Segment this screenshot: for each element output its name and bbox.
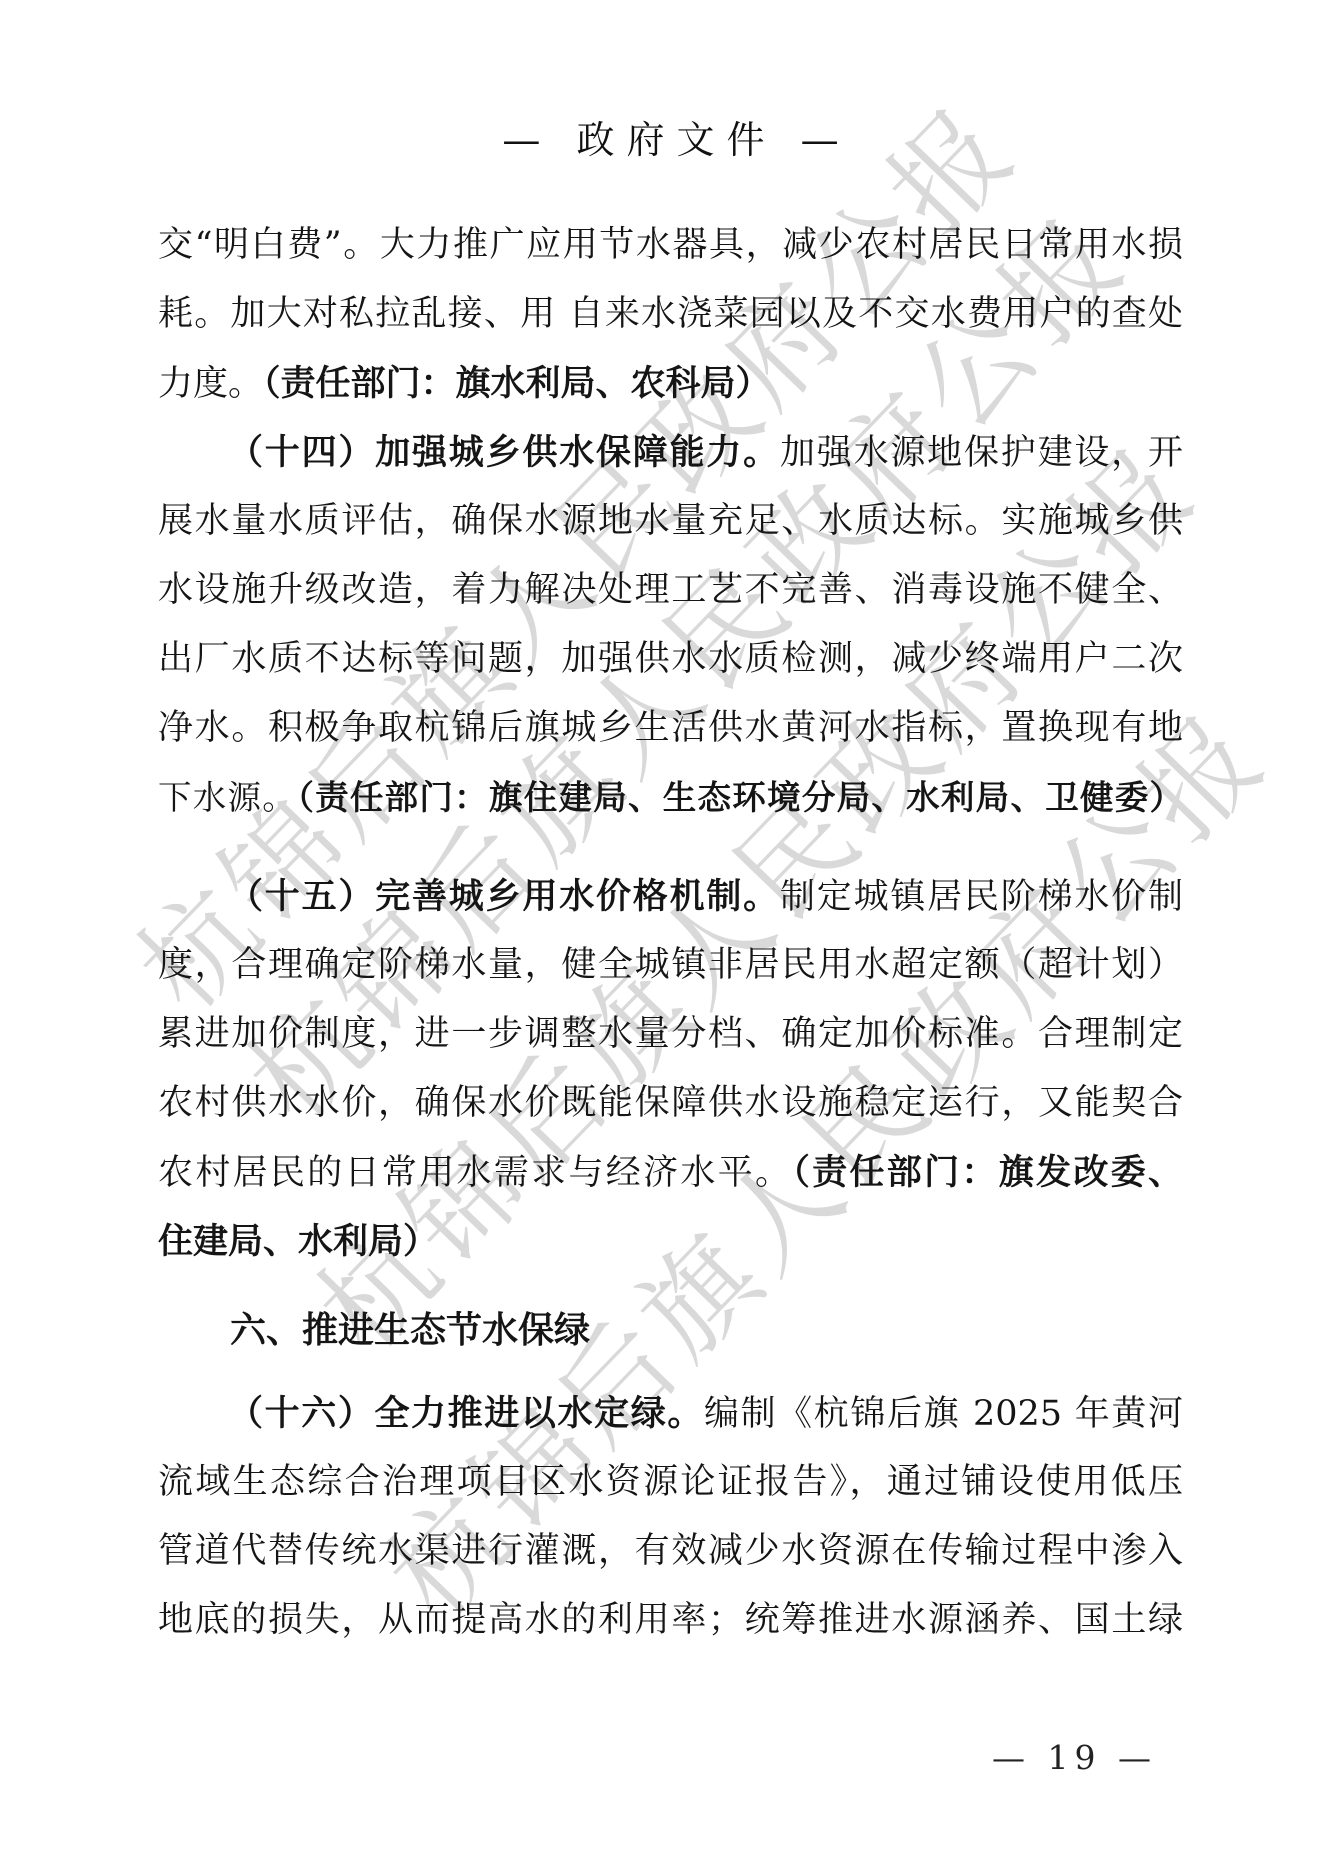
text-line: 下水源。（责任部门：旗住建局、生态环境分局、水利局、卫健委） [158, 763, 1183, 832]
text-line: 农村供水水价，确保水价既能保障供水设施稳定运行，又能契合 [158, 1069, 1183, 1138]
text-segment: 编制《杭锦后旗 2025 年黄河 [704, 1394, 1183, 1434]
text-segment: 净水。积极争取杭锦后旗城乡生活供水黄河水指标，置换现有地 [158, 708, 1183, 748]
bold-text-segment: （责任部门：旗住建局、生态环境分局、水利局、卫健委） [297, 778, 1183, 817]
text-line: 度，合理确定阶梯水量，健全城镇非居民用水超定额（超计划） [158, 931, 1183, 1000]
text-segment: 累进加价制度，进一步调整水量分档、确定加价标准。合理制定 [158, 1014, 1183, 1054]
page-number: — 19 — [992, 1736, 1157, 1780]
text-line: 展水量水质评估，确保水源地水量充足、水质达标。实施城乡供 [158, 487, 1183, 556]
text-segment: 管道代替传统水渠进行灌溉，有效减少水资源在传输过程中渗入 [158, 1531, 1183, 1571]
text-line: 耗。加大对私拉乱接、用 自来水浇菜园以及不交水费用户的查处 [158, 280, 1183, 349]
text-segment: 水设施升级改造，着力解决处理工艺不完善、消毒设施不健全、 [158, 570, 1183, 610]
document-page: 杭锦后旗人民政府公报杭锦后旗人民政府公报杭锦后旗人民政府公报杭锦后旗人民政府公报… [0, 0, 1323, 1871]
bold-text-segment: （责任部门：旗水利局、农科局） [263, 363, 771, 404]
section-heading: 六、推进生态节水保绿 [158, 1296, 1183, 1365]
text-segment: 出厂水质不达标等问题，加强供水水质检测，减少终端用户二次 [158, 639, 1183, 679]
text-segment: 力度。 [158, 364, 263, 404]
text-line: （十五）完善城乡用水价格机制。制定城镇居民阶梯水价制 [158, 862, 1183, 931]
bold-text-segment: （责任部门：旗发改委、 [792, 1152, 1183, 1193]
text-segment: 耗。加大对私拉乱接、用 自来水浇菜园以及不交水费用户的查处 [158, 294, 1183, 334]
text-segment: 展水量水质评估，确保水源地水量充足、水质达标。实施城乡供 [158, 501, 1183, 541]
bold-text-segment: （十五）完善城乡用水价格机制。 [228, 876, 780, 917]
page-header-title: — 政府文件 — [30, 112, 1323, 168]
text-line: 住建局、水利局） [158, 1207, 1183, 1276]
text-segment: 制定城镇居民阶梯水价制 [780, 877, 1183, 917]
text-line: 流域生态综合治理项目区水资源论证报告》，通过铺设使用低压 [158, 1448, 1183, 1517]
text-segment: 度，合理确定阶梯水量，健全城镇非居民用水超定额（超计划） [158, 945, 1183, 985]
bold-text-segment: （十六）全力推进以水定绿。 [228, 1393, 704, 1434]
text-segment: 农村居民的日常用水需求与经济水平。 [158, 1153, 792, 1193]
text-line: 出厂水质不达标等问题，加强供水水质检测，减少终端用户二次 [158, 625, 1183, 694]
text-line: 累进加价制度，进一步调整水量分档、确定加价标准。合理制定 [158, 1000, 1183, 1069]
text-line: 水设施升级改造，着力解决处理工艺不完善、消毒设施不健全、 [158, 556, 1183, 625]
text-line: 力度。（责任部门：旗水利局、农科局） [158, 349, 1183, 418]
text-line: 净水。积极争取杭锦后旗城乡生活供水黄河水指标，置换现有地 [158, 694, 1183, 763]
text-line: （十六）全力推进以水定绿。编制《杭锦后旗 2025 年黄河 [158, 1379, 1183, 1448]
text-line: 管道代替传统水渠进行灌溉，有效减少水资源在传输过程中渗入 [158, 1517, 1183, 1586]
text-segment: 交“明白费”。大力推广应用节水器具，减少农村居民日常用水损 [158, 225, 1183, 265]
document-body: 交“明白费”。大力推广应用节水器具，减少农村居民日常用水损耗。加大对私拉乱接、用… [158, 211, 1183, 1655]
text-line: 地底的损失，从而提高水的利用率；统筹推进水源涵养、国土绿 [158, 1586, 1183, 1655]
bold-text-segment: 六、推进生态节水保绿 [230, 1310, 590, 1351]
text-segment: 流域生态综合治理项目区水资源论证报告》，通过铺设使用低压 [158, 1462, 1183, 1502]
text-line: 农村居民的日常用水需求与经济水平。（责任部门：旗发改委、 [158, 1138, 1183, 1207]
text-segment: 农村供水水价，确保水价既能保障供水设施稳定运行，又能契合 [158, 1083, 1183, 1123]
bold-text-segment: （十四）加强城乡供水保障能力。 [228, 432, 780, 473]
text-segment: 地底的损失，从而提高水的利用率；统筹推进水源涵养、国土绿 [158, 1600, 1183, 1640]
text-segment: 下水源。 [158, 778, 297, 817]
text-segment: 加强水源地保护建设，开 [780, 433, 1183, 473]
text-line: 交“明白费”。大力推广应用节水器具，减少农村居民日常用水损 [158, 211, 1183, 280]
bold-text-segment: 住建局、水利局） [158, 1221, 438, 1262]
text-line: （十四）加强城乡供水保障能力。加强水源地保护建设，开 [158, 418, 1183, 487]
